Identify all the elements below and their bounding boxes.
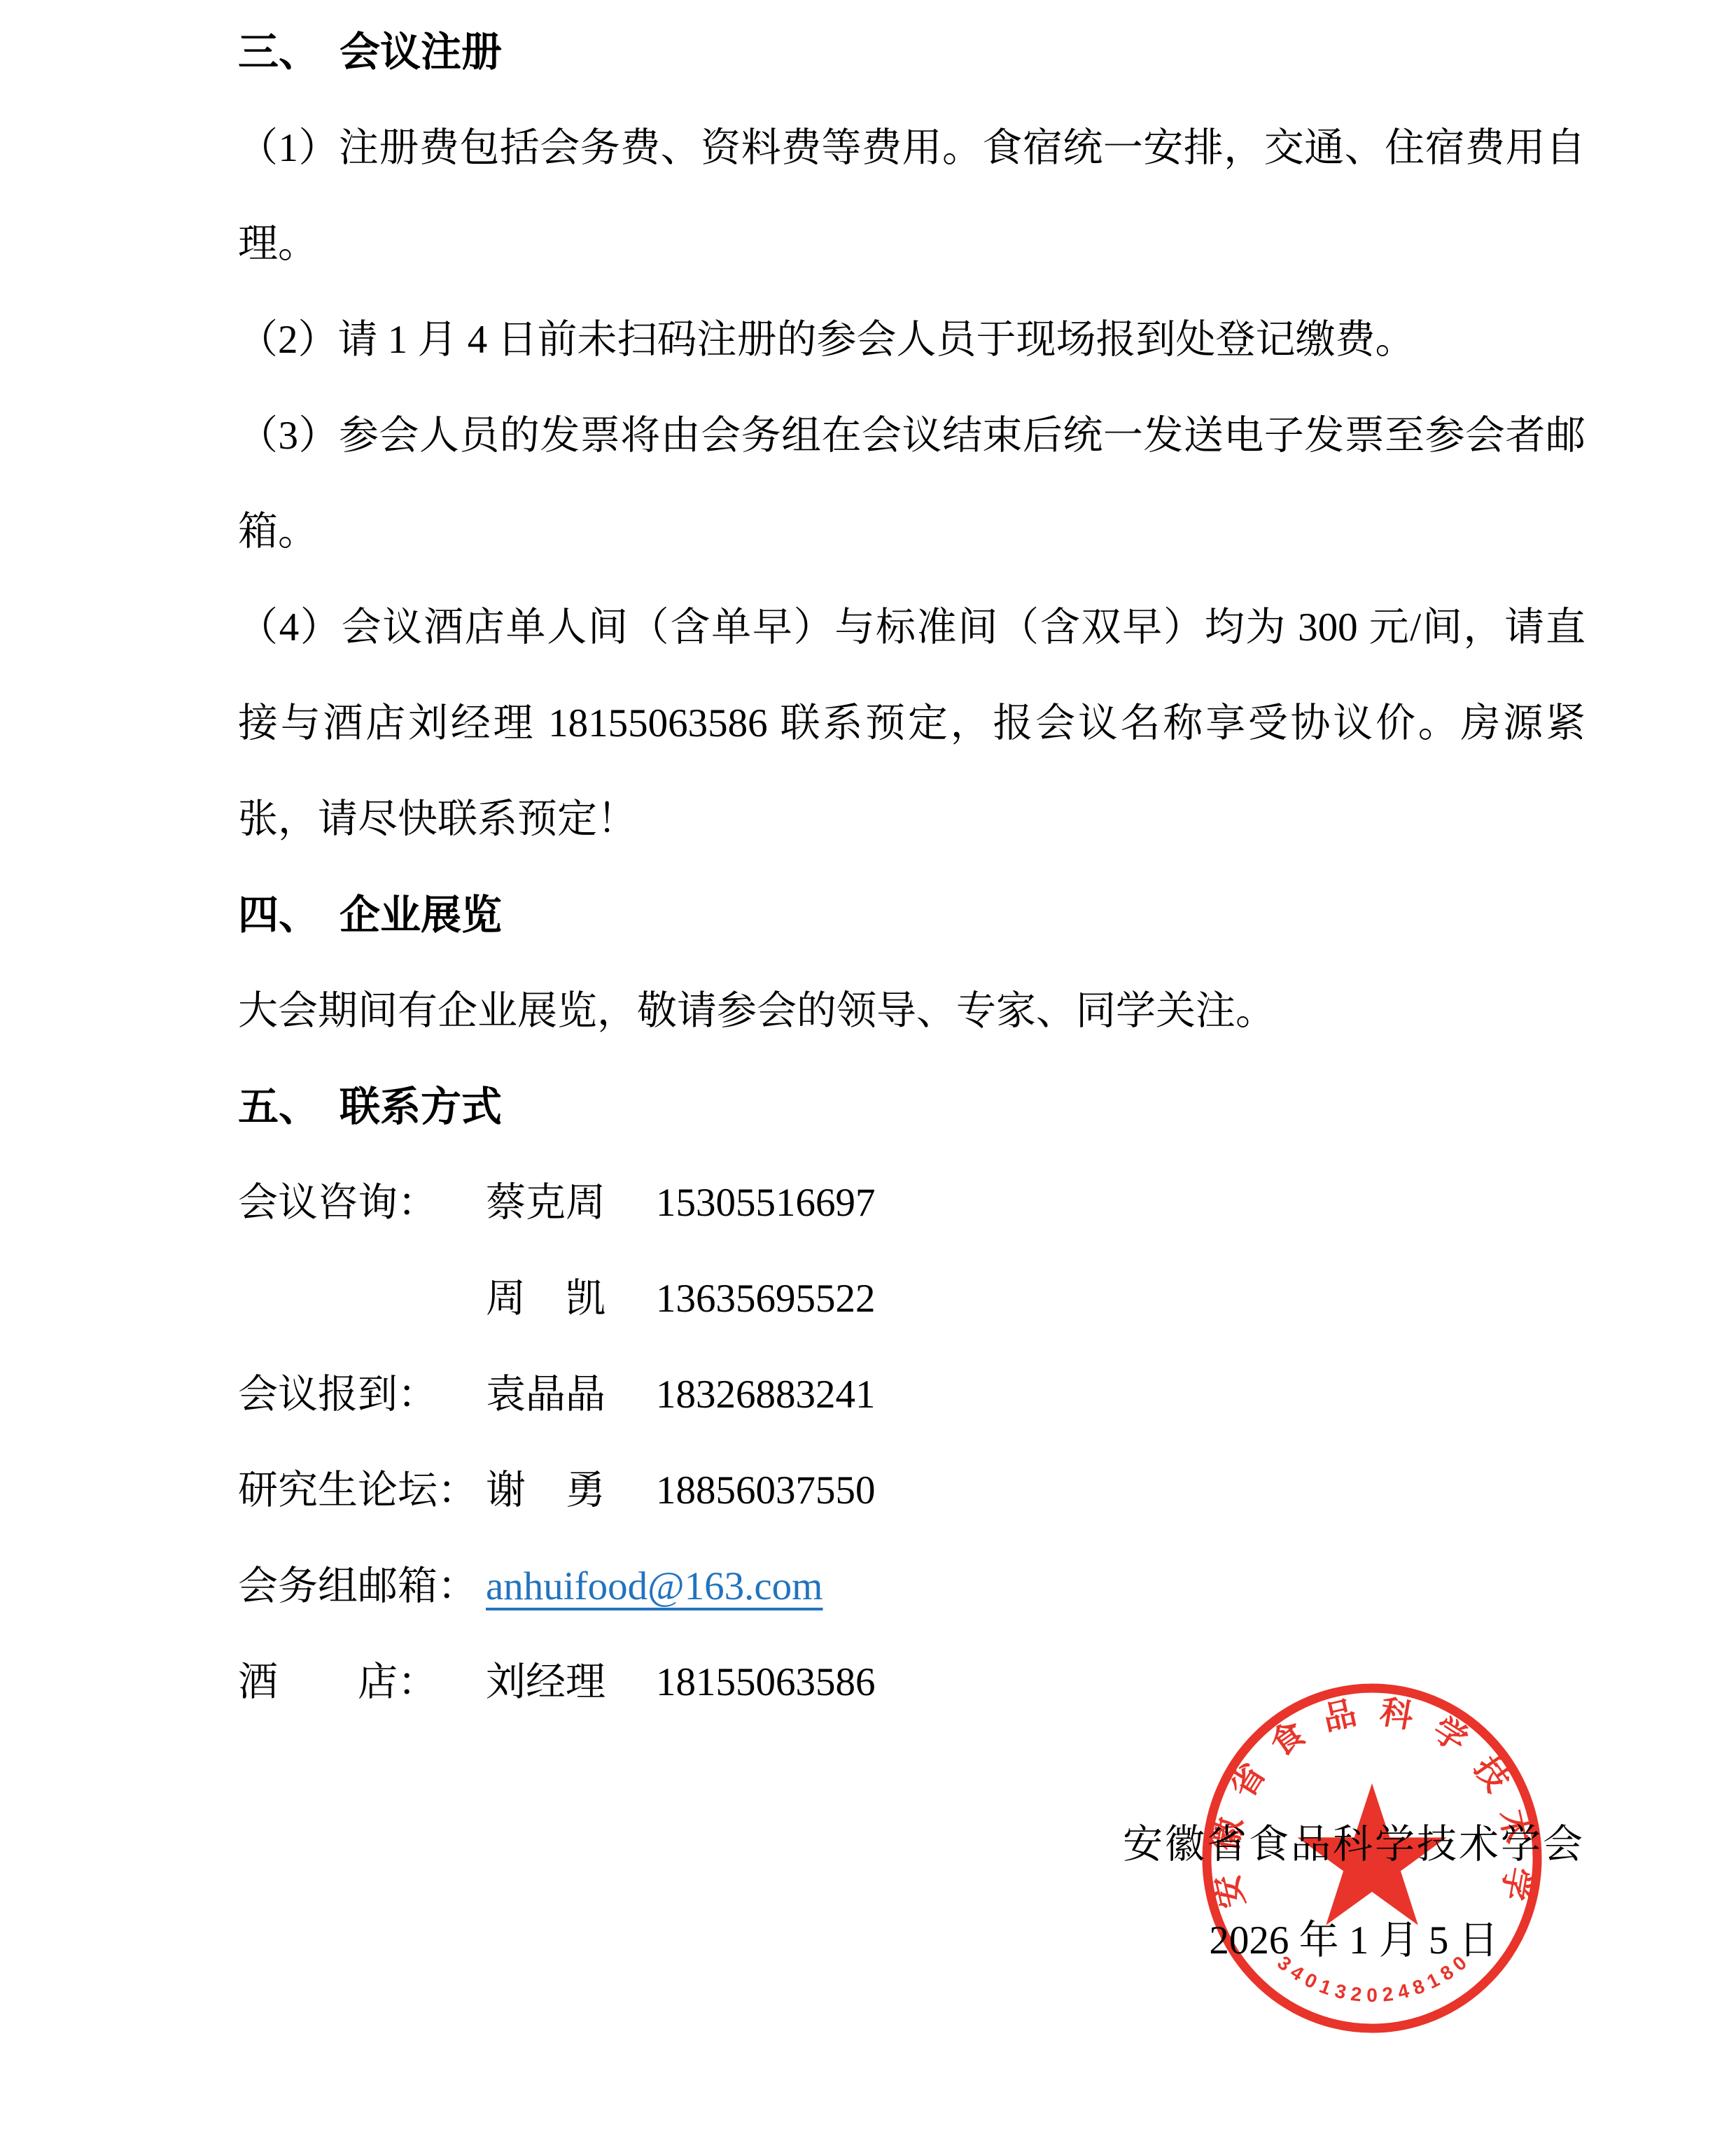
contact-phone: 18155063586 <box>656 1634 1585 1730</box>
section-heading: 三、 会议注册 <box>238 4 1585 100</box>
signature-org: 安徽省食品科学技术学会 <box>1122 1797 1585 1893</box>
paragraph: （1）注册费包括会务费、资料费等费用。食宿统一安排，交通、住宿费用自理。 <box>238 100 1585 292</box>
paragraph: （4）会议酒店单人间（含单早）与标准间（含双早）均为 300 元/间，请直接与酒… <box>238 580 1585 867</box>
contact-label: 酒 店： <box>238 1634 486 1730</box>
contact-label <box>238 1251 486 1347</box>
section-heading: 四、 企业展览 <box>238 867 1585 963</box>
contact-phone: 13635695522 <box>656 1251 1585 1347</box>
contact-row: 酒 店：刘经理18155063586 <box>238 1634 1585 1730</box>
paragraph: （2）请 1 月 4 日前未扫码注册的参会人员于现场报到处登记缴费。 <box>238 292 1585 388</box>
email-link[interactable]: anhuifood@163.com <box>486 1538 1585 1634</box>
contact-name: 袁晶晶 <box>486 1347 656 1442</box>
contact-name: 周 凯 <box>486 1251 656 1347</box>
contact-phone: 18856037550 <box>656 1442 1585 1538</box>
contact-label: 会务组邮箱： <box>238 1538 486 1634</box>
contact-label: 会议咨询： <box>238 1155 486 1251</box>
contact-name: 蔡克周 <box>486 1155 656 1251</box>
contact-name: 刘经理 <box>486 1634 656 1730</box>
contact-phone: 15305516697 <box>656 1155 1585 1251</box>
contact-row: 周 凯13635695522 <box>238 1251 1585 1347</box>
signature-date: 2026 年 1 月 5 日 <box>1122 1893 1585 1988</box>
contact-list: 会议咨询：蔡克周15305516697周 凯13635695522会议报到：袁晶… <box>238 1155 1585 1730</box>
contact-name: 谢 勇 <box>486 1442 656 1538</box>
document-body: 三、 会议注册（1）注册费包括会务费、资料费等费用。食宿统一安排，交通、住宿费用… <box>238 4 1585 1155</box>
contact-row: 研究生论坛：谢 勇18856037550 <box>238 1442 1585 1538</box>
contact-phone: 18326883241 <box>656 1347 1585 1442</box>
contact-label: 会议报到： <box>238 1347 486 1442</box>
paragraph: （3）参会人员的发票将由会务组在会议结束后统一发送电子发票至参会者邮箱。 <box>238 388 1585 580</box>
section-heading: 五、 联系方式 <box>238 1059 1585 1155</box>
document-page: 三、 会议注册（1）注册费包括会务费、资料费等费用。食宿统一安排，交通、住宿费用… <box>0 0 1736 2134</box>
paragraph: 大会期间有企业展览，敬请参会的领导、专家、同学关注。 <box>238 963 1585 1059</box>
contact-row: 会议咨询：蔡克周15305516697 <box>238 1155 1585 1251</box>
contact-row: 会务组邮箱：anhuifood@163.com <box>238 1538 1585 1634</box>
signature-block: 安徽省食品科学技术学会 2026 年 1 月 5 日 <box>1122 1797 1585 1988</box>
contact-row: 会议报到：袁晶晶18326883241 <box>238 1347 1585 1442</box>
contact-label: 研究生论坛： <box>238 1442 486 1538</box>
